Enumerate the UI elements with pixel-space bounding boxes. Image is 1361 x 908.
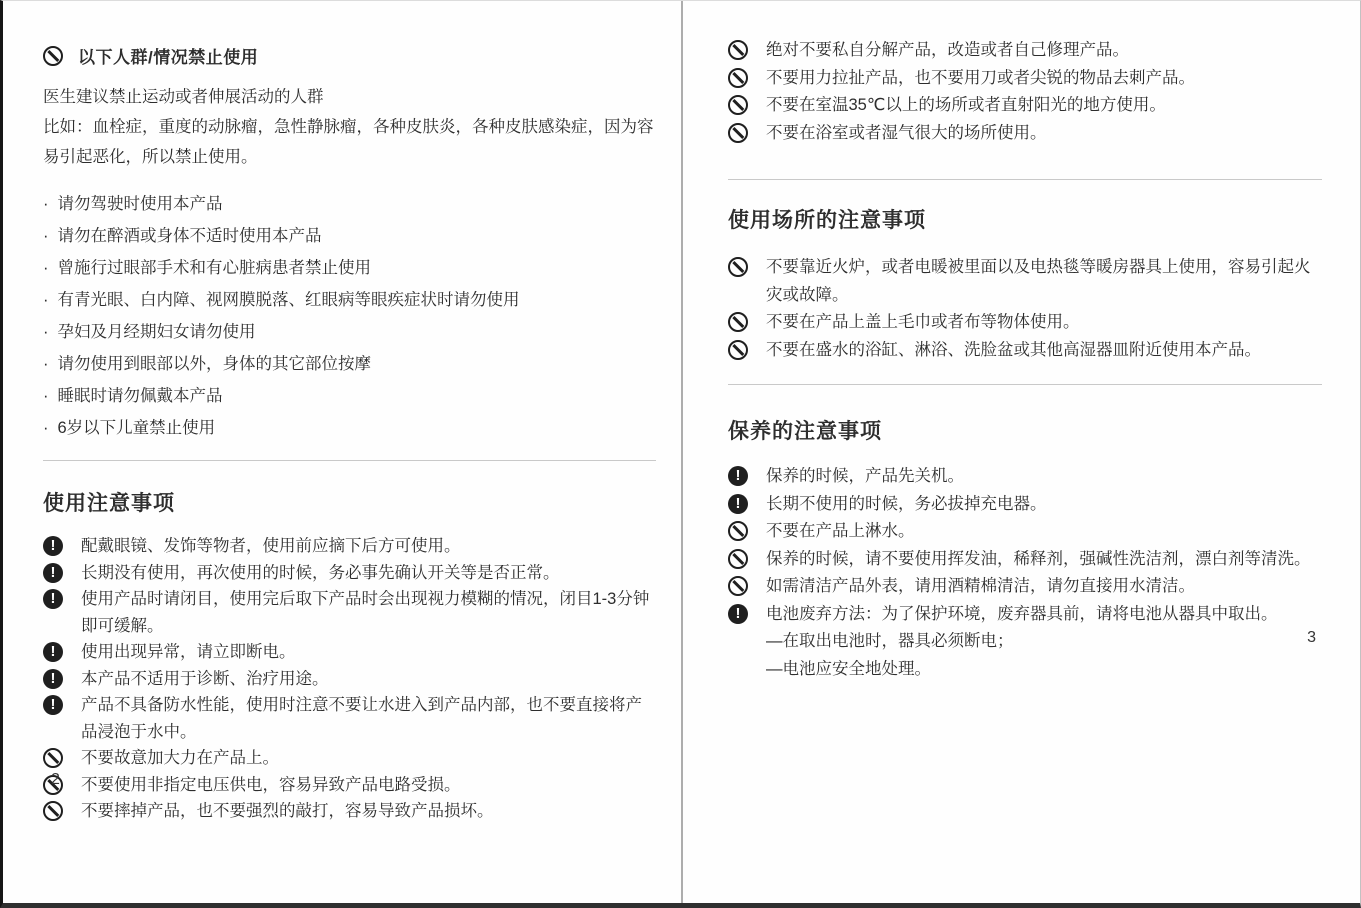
notice-item: 保养的时候，产品先关机。	[728, 463, 1322, 491]
forbidden-list-item: · 请勿在醉酒或身体不适时使用本产品	[43, 220, 656, 252]
care-section-title: 保养的注意事项	[728, 415, 1322, 445]
notice-item: 不要在盛水的浴缸、淋浴、洗脸盆或其他高湿器皿附近使用本产品。	[728, 337, 1322, 365]
forbidden-list-item: · 6岁以下儿童禁止使用	[43, 412, 656, 444]
bullet-text: 睡眠时请勿佩戴本产品	[58, 380, 223, 412]
attention-icon	[728, 466, 748, 486]
prohibition-icon	[43, 748, 63, 768]
notice-text: 不要在室温35℃以上的场所或者直射阳光的地方使用。	[766, 92, 1322, 120]
section-divider	[728, 179, 1322, 180]
notice-item: 本产品不适用于诊断、治疗用途。	[43, 666, 656, 693]
attention-icon	[728, 604, 748, 624]
notice-body: 不要在产品上盖上毛巾或者布等物体使用。	[766, 309, 1322, 337]
notice-text: 不要用力拉扯产品，也不要用刀或者尖锐的物品去刺产品。	[766, 65, 1322, 93]
bullet-dot: ·	[43, 348, 49, 380]
bullet-dot: ·	[43, 284, 49, 316]
notice-body: 不要在产品上淋水。	[766, 518, 1322, 546]
notice-body: 长期没有使用，再次使用的时候，务必事先确认开关等是否正常。	[81, 560, 656, 587]
notice-text: 不要在产品上淋水。	[766, 518, 1322, 546]
page-gutter-divider	[681, 1, 683, 903]
battery-sub-line: —电池应安全地处理。	[766, 656, 1322, 684]
page-2: 以下人群/情况禁止使用 医生建议禁止运动或者伸展活动的人群 比如：血栓症，重度的…	[43, 1, 656, 825]
notice-text: 电池废弃方法：为了保护环境，废弃器具前，请将电池从器具中取出。	[766, 601, 1322, 629]
notice-text: 不要摔掉产品，也不要强烈的敲打，容易导致产品损坏。	[81, 798, 656, 825]
notice-item: 电池废弃方法：为了保护环境，废弃器具前，请将电池从器具中取出。 —在取出电池时，…	[728, 601, 1322, 684]
prohibition-icon	[728, 549, 748, 569]
bullet-dot: ·	[43, 220, 49, 252]
notice-text: 不要在盛水的浴缸、淋浴、洗脸盆或其他高湿器皿附近使用本产品。	[766, 337, 1322, 365]
usage-notice-list: 配戴眼镜、发饰等物者，使用前应摘下后方可使用。 长期没有使用，再次使用的时候，务…	[43, 533, 656, 825]
notice-text: 配戴眼镜、发饰等物者，使用前应摘下后方可使用。	[81, 533, 656, 560]
prohibition-icon	[43, 801, 63, 821]
notice-text: 长期不使用的时候，务必拔掉充电器。	[766, 491, 1322, 519]
attention-icon	[43, 669, 63, 689]
location-notice-list: 不要靠近火炉，或者电暖被里面以及电热毯等暖房器具上使用，容易引起火灾或故障。 不…	[728, 254, 1322, 364]
forbidden-list: · 请勿驾驶时使用本产品 · 请勿在醉酒或身体不适时使用本产品 · 曾施行过眼部…	[43, 188, 656, 444]
prohibition-icon	[728, 68, 748, 88]
usage-section-title: 使用注意事项	[43, 487, 656, 517]
bullet-text: 请勿在醉酒或身体不适时使用本产品	[58, 220, 322, 252]
notice-body: 不要靠近火炉，或者电暖被里面以及电热毯等暖房器具上使用，容易引起火灾或故障。	[766, 254, 1322, 309]
notice-item: 不要使用非指定电压供电，容易异致产品电路受损。	[43, 772, 656, 799]
notice-body: 不要在浴室或者湿气很大的场所使用。	[766, 120, 1322, 148]
bullet-text: 请勿使用到眼部以外，身体的其它部位按摩	[58, 348, 372, 380]
page-3: 绝对不要私自分解产品，改造或者自己修理产品。 不要用力拉扯产品，也不要用刀或者尖…	[728, 1, 1322, 683]
care-notice-list: 保养的时候，产品先关机。 长期不使用的时候，务必拔掉充电器。 不要在产品上淋水。…	[728, 463, 1322, 683]
battery-sub-line: —在取出电池时，器具必须断电；	[766, 628, 1322, 656]
forbidden-title: 以下人群/情况禁止使用	[78, 43, 258, 68]
attention-icon	[43, 536, 63, 556]
notice-item: 不要在室温35℃以上的场所或者直射阳光的地方使用。	[728, 92, 1322, 120]
bullet-dot: ·	[43, 412, 49, 444]
notice-text: 绝对不要私自分解产品，改造或者自己修理产品。	[766, 37, 1322, 65]
notice-item: 绝对不要私自分解产品，改造或者自己修理产品。	[728, 37, 1322, 65]
forbidden-list-item: · 请勿驾驶时使用本产品	[43, 188, 656, 220]
notice-body: 本产品不适用于诊断、治疗用途。	[81, 666, 656, 693]
forbidden-list-item: · 孕妇及月经期妇女请勿使用	[43, 316, 656, 348]
notice-body: 配戴眼镜、发饰等物者，使用前应摘下后方可使用。	[81, 533, 656, 560]
notice-body: 不要使用非指定电压供电，容易异致产品电路受损。	[81, 772, 656, 799]
forbidden-list-item: · 睡眠时请勿佩戴本产品	[43, 380, 656, 412]
attention-icon	[728, 494, 748, 514]
section-divider	[728, 384, 1322, 385]
top-notice-list: 绝对不要私自分解产品，改造或者自己修理产品。 不要用力拉扯产品，也不要用刀或者尖…	[728, 37, 1322, 147]
notice-item: 长期不使用的时候，务必拔掉充电器。	[728, 491, 1322, 519]
notice-body: 不要故意加大力在产品上。	[81, 745, 656, 772]
notice-item: 长期没有使用，再次使用的时候，务必事先确认开关等是否正常。	[43, 560, 656, 587]
prohibition-icon	[728, 95, 748, 115]
bullet-dot: ·	[43, 316, 49, 348]
notice-item: 使用出现异常，请立即断电。	[43, 639, 656, 666]
bullet-dot: ·	[43, 188, 49, 220]
notice-text: 如需清洁产品外表，请用酒精棉清洁，请勿直接用水清洁。	[766, 573, 1322, 601]
notice-body: 不要在室温35℃以上的场所或者直射阳光的地方使用。	[766, 92, 1322, 120]
notice-text: 使用出现异常，请立即断电。	[81, 639, 656, 666]
prohibition-icon	[728, 340, 748, 360]
notice-text: 不要在浴室或者湿气很大的场所使用。	[766, 120, 1322, 148]
notice-text: 长期没有使用，再次使用的时候，务必事先确认开关等是否正常。	[81, 560, 656, 587]
notice-text: 不要使用非指定电压供电，容易异致产品电路受损。	[81, 772, 656, 799]
notice-item: 如需清洁产品外表，请用酒精棉清洁，请勿直接用水清洁。	[728, 573, 1322, 601]
attention-icon	[43, 695, 63, 715]
forbidden-list-item: · 请勿使用到眼部以外，身体的其它部位按摩	[43, 348, 656, 380]
notice-text: 保养的时候，产品先关机。	[766, 463, 1322, 491]
notice-body: 不要摔掉产品，也不要强烈的敲打，容易导致产品损坏。	[81, 798, 656, 825]
bullet-dot: ·	[43, 252, 49, 284]
prohibition-icon	[728, 40, 748, 60]
prohibition-icon	[728, 312, 748, 332]
attention-icon	[43, 563, 63, 583]
notice-text: 保养的时候，请不要使用挥发油，稀释剂，强碱性洗洁剂，漂白剂等清洗。	[766, 546, 1322, 574]
prohibition-icon	[728, 257, 748, 277]
bullet-dot: ·	[43, 380, 49, 412]
notice-item: 产品不具备防水性能，使用时注意不要让水进入到产品内部，也不要直接将产品浸泡于水中…	[43, 692, 656, 745]
notice-item: 使用产品时请闭目，使用完后取下产品时会出现视力模糊的情况，闭目1-3分钟即可缓解…	[43, 586, 656, 639]
notice-item: 不要在产品上淋水。	[728, 518, 1322, 546]
forbidden-intro-line: 医生建议禁止运动或者伸展活动的人群	[43, 82, 656, 112]
notice-item: 不要在产品上盖上毛巾或者布等物体使用。	[728, 309, 1322, 337]
notice-item: 不要摔掉产品，也不要强烈的敲打，容易导致产品损坏。	[43, 798, 656, 825]
notice-body: 产品不具备防水性能，使用时注意不要让水进入到产品内部，也不要直接将产品浸泡于水中…	[81, 692, 656, 745]
notice-body: 不要在盛水的浴缸、淋浴、洗脸盆或其他高湿器皿附近使用本产品。	[766, 337, 1322, 365]
manual-spread: 以下人群/情况禁止使用 医生建议禁止运动或者伸展活动的人群 比如：血栓症，重度的…	[0, 0, 1361, 908]
notice-item: 不要故意加大力在产品上。	[43, 745, 656, 772]
notice-text: 产品不具备防水性能，使用时注意不要让水进入到产品内部，也不要直接将产品浸泡于水中…	[81, 692, 656, 745]
attention-icon	[43, 642, 63, 662]
notice-body: 电池废弃方法：为了保护环境，废弃器具前，请将电池从器具中取出。 —在取出电池时，…	[766, 601, 1322, 684]
bullet-text: 曾施行过眼部手术和有心脏病患者禁止使用	[58, 252, 372, 284]
prohibition-icon	[43, 46, 63, 66]
page-number-right: 3	[1307, 629, 1316, 647]
prohibition-icon	[728, 123, 748, 143]
prohibition-icon	[728, 576, 748, 596]
notice-item: 保养的时候，请不要使用挥发油，稀释剂，强碱性洗洁剂，漂白剂等清洗。	[728, 546, 1322, 574]
bullet-text: 6岁以下儿童禁止使用	[58, 412, 216, 444]
prohibition-icon	[728, 521, 748, 541]
notice-body: 使用出现异常，请立即断电。	[81, 639, 656, 666]
notice-item: 不要靠近火炉，或者电暖被里面以及电热毯等暖房器具上使用，容易引起火灾或故障。	[728, 254, 1322, 309]
notice-body: 如需清洁产品外表，请用酒精棉清洁，请勿直接用水清洁。	[766, 573, 1322, 601]
page-number-left: 2	[51, 771, 60, 789]
forbidden-list-item: · 曾施行过眼部手术和有心脏病患者禁止使用	[43, 252, 656, 284]
notice-text: 本产品不适用于诊断、治疗用途。	[81, 666, 656, 693]
attention-icon	[43, 589, 63, 609]
forbidden-intro-body: 比如：血栓症，重度的动脉瘤，急性静脉瘤，各种皮肤炎，各种皮肤感染症，因为容易引起…	[43, 112, 656, 172]
notice-body: 保养的时候，产品先关机。	[766, 463, 1322, 491]
bullet-text: 有青光眼、白内障、视网膜脱落、红眼病等眼疾症状时请勿使用	[58, 284, 520, 316]
bullet-text: 请勿驾驶时使用本产品	[58, 188, 223, 220]
notice-item: 不要在浴室或者湿气很大的场所使用。	[728, 120, 1322, 148]
notice-item: 不要用力拉扯产品，也不要用刀或者尖锐的物品去刺产品。	[728, 65, 1322, 93]
notice-sublines: —在取出电池时，器具必须断电；—电池应安全地处理。	[766, 628, 1322, 683]
notice-body: 绝对不要私自分解产品，改造或者自己修理产品。	[766, 37, 1322, 65]
location-section-title: 使用场所的注意事项	[728, 204, 1322, 234]
notice-text: 使用产品时请闭目，使用完后取下产品时会出现视力模糊的情况，闭目1-3分钟即可缓解…	[81, 586, 656, 639]
forbidden-list-item: · 有青光眼、白内障、视网膜脱落、红眼病等眼疾症状时请勿使用	[43, 284, 656, 316]
notice-text: 不要靠近火炉，或者电暖被里面以及电热毯等暖房器具上使用，容易引起火灾或故障。	[766, 254, 1322, 309]
notice-text: 不要在产品上盖上毛巾或者布等物体使用。	[766, 309, 1322, 337]
section-divider	[43, 460, 656, 461]
bullet-text: 孕妇及月经期妇女请勿使用	[58, 316, 256, 348]
notice-body: 长期不使用的时候，务必拔掉充电器。	[766, 491, 1322, 519]
notice-body: 使用产品时请闭目，使用完后取下产品时会出现视力模糊的情况，闭目1-3分钟即可缓解…	[81, 586, 656, 639]
notice-body: 不要用力拉扯产品，也不要用刀或者尖锐的物品去刺产品。	[766, 65, 1322, 93]
notice-item: 配戴眼镜、发饰等物者，使用前应摘下后方可使用。	[43, 533, 656, 560]
forbidden-group-header: 以下人群/情况禁止使用	[43, 43, 656, 68]
notice-body: 保养的时候，请不要使用挥发油，稀释剂，强碱性洗洁剂，漂白剂等清洗。	[766, 546, 1322, 574]
notice-text: 不要故意加大力在产品上。	[81, 745, 656, 772]
